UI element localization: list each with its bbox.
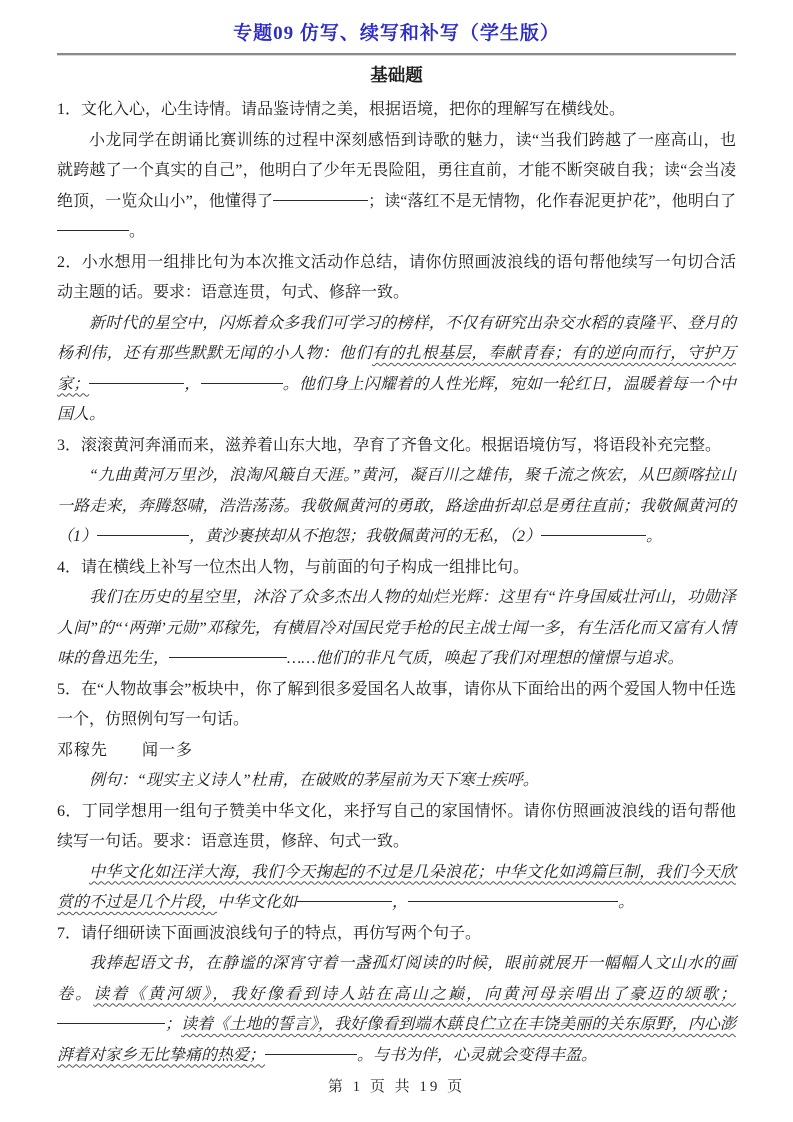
page-title: 专题09 仿写、续写和补写（学生版） <box>57 18 736 45</box>
body-paragraph: 小龙同学在朗诵比赛训练的过程中深刻感悟到诗歌的魅力，读“当我们跨越了一座高山，也… <box>57 126 736 248</box>
answer-blank-line <box>57 217 129 231</box>
answer-blank-line <box>273 187 368 201</box>
text-run: ，黄沙裹挟却从不抱怨；我敬佩黄河的无私，（2） <box>189 528 541 545</box>
text-run: 6．丁同学想用一组句子赞美中华文化，来抒写自己的家国情怀。请你仿照画波浪线的语句… <box>57 803 736 851</box>
text-run: 5．在“人物故事会”板块中，你了解到很多爱国名人故事，请你从下面给出的两个爱国人… <box>57 681 736 729</box>
horizontal-divider <box>57 53 736 56</box>
content: 1．文化入心，心生诗情。请品鉴诗情之美，根据语境，把你的理解写在横线处。小龙同学… <box>57 95 736 1071</box>
wavy-underlined-text: 读着《黄河颂》，我好像看到诗人站在高山之巅，向黄河母亲唱出了豪迈的颂歌； <box>93 986 736 1003</box>
body-paragraph: 我捧起语文书，在静谧的深宵守着一盏孤灯阅读的时候，眼前就展开一幅幅人文山水的画卷… <box>57 949 736 1071</box>
body-paragraph: 例句：“现实主义诗人”杜甫，在破败的茅屋前为天下寒士疾呼。 <box>57 766 736 797</box>
text-run: 中华文化如 <box>217 894 297 911</box>
answer-blank-line <box>97 522 189 536</box>
text-run: ； <box>165 1016 181 1033</box>
text-run: 2．小水想用一组排比句为本次推文活动作总结，请你仿照画波浪线的语句帮他续写一句切… <box>57 254 736 302</box>
answer-blank-line <box>541 522 646 536</box>
text-run: 。与书为伴，心灵就会变得丰盈。 <box>357 1047 597 1064</box>
answer-blank-line <box>408 888 618 902</box>
answer-blank-line <box>201 370 283 384</box>
text-run: 3．滚滚黄河奔涌而来，滋养着山东大地，孕育了齐鲁文化。根据语境仿写，将语段补充完… <box>57 437 721 454</box>
question-stem: 1．文化入心，心生诗情。请品鉴诗情之美，根据语境，把你的理解写在横线处。 <box>57 95 736 126</box>
text-run: 。 <box>618 894 634 911</box>
question-stem: 3．滚滚黄河奔涌而来，滋养着山东大地，孕育了齐鲁文化。根据语境仿写，将语段补充完… <box>57 431 736 462</box>
answer-blank-line <box>265 1041 357 1055</box>
text-run: 7．请仔细研读下面画波浪线句子的特点，再仿写两个句子。 <box>57 925 481 942</box>
question-stem: 2．小水想用一组排比句为本次推文活动作总结，请你仿照画波浪线的语句帮他续写一句切… <box>57 248 736 309</box>
person-options: 邓稼先 闻一多 <box>57 736 736 767</box>
page-footer: 第 1 页 共 19 页 <box>0 1075 793 1096</box>
text-run: ；读“落红不是无情物，化作春泥更护花”，他明白了 <box>368 193 736 210</box>
text-run: ， <box>392 894 408 911</box>
text-run: 1．文化入心，心生诗情。请品鉴诗情之美，根据语境，把你的理解写在横线处。 <box>57 101 625 118</box>
text-run: 例句：“现实主义诗人”杜甫，在破败的茅屋前为天下寒士疾呼。 <box>89 772 539 789</box>
answer-blank-line <box>297 888 392 902</box>
text-run: 邓稼先 闻一多 <box>57 742 193 759</box>
text-run: 。 <box>646 528 662 545</box>
body-paragraph: “九曲黄河万里沙，浪淘风簸自天涯。”黄河，凝百川之雄伟，聚千流之恢宏，从巴颜喀拉… <box>57 461 736 553</box>
text-run: ……他们的非凡气质，唤起了我们对理想的憧憬与追求。 <box>287 650 683 667</box>
answer-blank-line <box>169 644 287 658</box>
section-heading: 基础题 <box>57 62 736 87</box>
text-run: ， <box>184 376 200 393</box>
text-run: 。 <box>129 223 145 240</box>
question-stem: 5．在“人物故事会”板块中，你了解到很多爱国名人故事，请你从下面给出的两个爱国人… <box>57 675 736 736</box>
body-paragraph: 我们在历史的星空里，沐浴了众多杰出人物的灿烂光辉：这里有“许身国威壮河山，功勋泽… <box>57 583 736 675</box>
text-run: 4．请在横线上补写一位杰出人物，与前面的句子构成一组排比句。 <box>57 559 529 576</box>
question-stem: 4．请在横线上补写一位杰出人物，与前面的句子构成一组排比句。 <box>57 553 736 584</box>
question-stem: 6．丁同学想用一组句子赞美中华文化，来抒写自己的家国情怀。请你仿照画波浪线的语句… <box>57 797 736 858</box>
question-stem: 7．请仔细研读下面画波浪线句子的特点，再仿写两个句子。 <box>57 919 736 950</box>
answer-blank-line <box>57 1010 165 1024</box>
document-page: 专题09 仿写、续写和补写（学生版） 基础题 1．文化入心，心生诗情。请品鉴诗情… <box>0 0 793 1122</box>
answer-blank-line <box>89 370 184 384</box>
body-paragraph: 新时代的星空中，闪烁着众多我们可学习的榜样，不仅有研究出杂交水稻的袁隆平、登月的… <box>57 309 736 431</box>
body-paragraph: 中华文化如汪洋大海，我们今天掬起的不过是几朵浪花；中华文化如鸿篇巨制，我们今天欣… <box>57 858 736 919</box>
